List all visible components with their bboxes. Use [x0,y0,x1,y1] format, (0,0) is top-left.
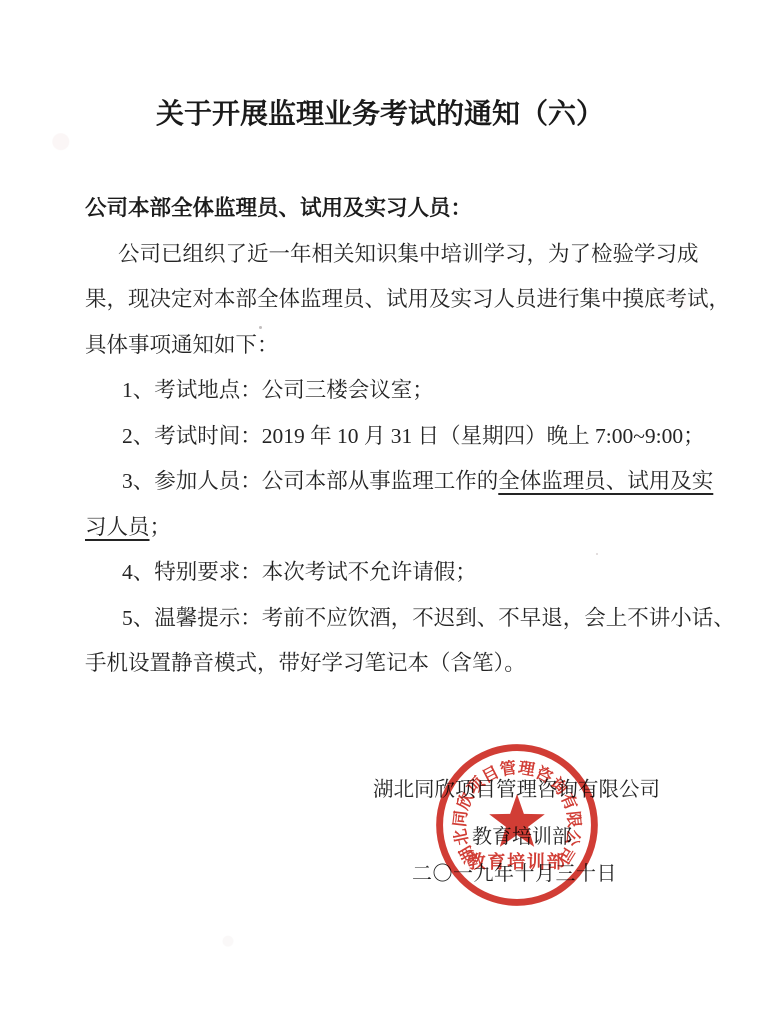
scanned-notice-page: 关于开展监理业务考试的通知（六） 公司本部全体监理员、试用及实习人员： 公司已组… [0,0,760,1012]
scan-speck [167,382,169,384]
salutation-line: 公司本部全体监理员、试用及实习人员： [85,186,700,232]
scan-speck [596,553,598,555]
list-item-5-line-2: 手机设置静音模式，带好学习笔记本（含笔）。 [85,641,700,687]
intro-line-1: 公司已组织了近一年相关知识集中培训学习，为了检验学习成 [85,232,700,278]
list-item-5-line-1: 5、温馨提示：考前不应饮酒，不迟到、不早退，会上不讲小话、 [85,596,700,642]
underlined-text: 全体监理员、试用及实 [498,469,713,493]
list-item-3-line-1: 3、参加人员：公司本部从事监理工作的全体监理员、试用及实 [85,459,700,505]
signature-company: 湖北同欣项目管理咨询有限公司 [373,772,660,802]
list-item-3-prefix: 3、参加人员：公司本部从事监理工作的 [122,469,498,493]
list-item-4: 4、特别要求：本次考试不允许请假； [85,550,700,596]
list-item-3-suffix: ； [150,515,172,539]
notice-title: 关于开展监理业务考试的通知（六） [0,92,760,132]
signature-date: 二〇一九年十月三十日 [412,857,617,886]
notice-body: 公司本部全体监理员、试用及实习人员： 公司已组织了近一年相关知识集中培训学习，为… [85,186,700,687]
intro-line-3: 具体事项通知如下： [85,323,700,369]
list-item-2: 2、考试时间：2019 年 10 月 31 日（星期四）晚上 7:00~9:00… [85,414,700,460]
scan-speck [259,326,262,329]
list-item-3-line-2: 习人员； [85,505,700,551]
underlined-text: 习人员 [85,515,150,539]
list-item-1: 1、考试地点：公司三楼会议室； [85,368,700,414]
intro-line-2: 果，现决定对本部全体监理员、试用及实习人员进行集中摸底考试， [85,277,700,323]
signature-department: 教育培训部 [472,820,572,849]
